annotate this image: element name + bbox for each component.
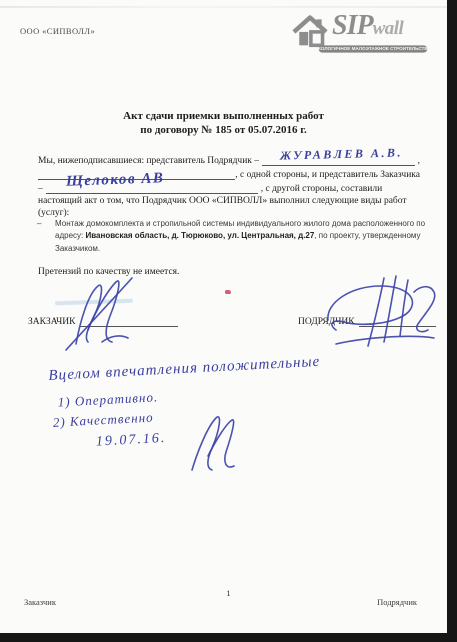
body-line-1-text: Мы, нижеподписавшиеся: представитель Под… <box>38 156 259 166</box>
body-line-3-text: , с другой стороны, составили <box>261 184 382 194</box>
body-line-3-dash: – <box>38 184 43 194</box>
body-line-4-text: настоящий акт о том, что Подрядчик ООО «… <box>38 196 407 206</box>
body-line-5: (услуг): <box>38 208 420 218</box>
body-line-2-text: , с одной стороны, и представитель Заказ… <box>235 170 420 180</box>
logo-wall-text: wall <box>373 18 404 39</box>
work-item-address: Ивановская область, д. Тюрюково, ул. Цен… <box>85 231 314 240</box>
title-line-2: по договору № 185 от 05.07.2016 г. <box>0 124 447 138</box>
house-icon <box>290 14 330 48</box>
customer-name-handwritten: Щелоков АВ <box>65 170 164 190</box>
logo-tagline: «ЭКОЛОГИЧНОЕ МАЛОЭТАЖНОЕ СТРОИТЕЛЬСТВО» <box>319 45 428 52</box>
logo-sip-text: SIP <box>332 10 373 41</box>
red-ink-speck <box>225 290 231 294</box>
work-item: – Монтаж домокомплекта и стропильной сис… <box>55 218 435 255</box>
contractor-name-handwritten: ЖУРАВЛЕВ А.В. <box>280 145 403 163</box>
scanned-document: ООО «СИПВОЛЛ» SIPwall «ЭКОЛОГИЧНОЕ МАЛОЭ… <box>0 0 457 642</box>
document-page: ООО «СИПВОЛЛ» SIPwall «ЭКОЛОГИЧНОЕ МАЛОЭ… <box>0 0 447 633</box>
footer-customer: Заказчик <box>24 597 56 607</box>
body-line-4: настоящий акт о том, что Подрядчик ООО «… <box>38 196 420 206</box>
customer-name-blank: Щелоков АВ <box>46 183 258 194</box>
body-line-5-text: (услуг): <box>38 208 69 218</box>
company-letterhead: ООО «СИПВОЛЛ» <box>20 26 95 36</box>
note-signature <box>182 412 238 474</box>
note-line-1: Вцелом впечатления положительные <box>48 354 321 385</box>
body-line-1: Мы, нижеподписавшиеся: представитель Под… <box>38 155 420 166</box>
body-line-3: – Щелоков АВ , с другой стороны, состави… <box>38 183 420 194</box>
document-title: Акт сдачи приемки выполненных работ по д… <box>0 110 447 138</box>
contractor-name-blank: ЖУРАВЛЕВ А.В. <box>262 155 415 166</box>
bullet-dash: – <box>37 218 41 230</box>
body-line-1-comma: , <box>418 156 420 166</box>
footer-contractor: Подрядчик <box>377 597 417 607</box>
scan-top-edge <box>0 6 447 8</box>
contractor-signature <box>322 272 440 354</box>
customer-signature <box>58 272 148 350</box>
sipwall-logo: SIPwall «ЭКОЛОГИЧНОЕ МАЛОЭТАЖНОЕ СТРОИТЕ… <box>290 12 435 58</box>
title-line-1: Акт сдачи приемки выполненных работ <box>0 110 447 124</box>
logo-wordmark: SIPwall <box>332 12 403 40</box>
